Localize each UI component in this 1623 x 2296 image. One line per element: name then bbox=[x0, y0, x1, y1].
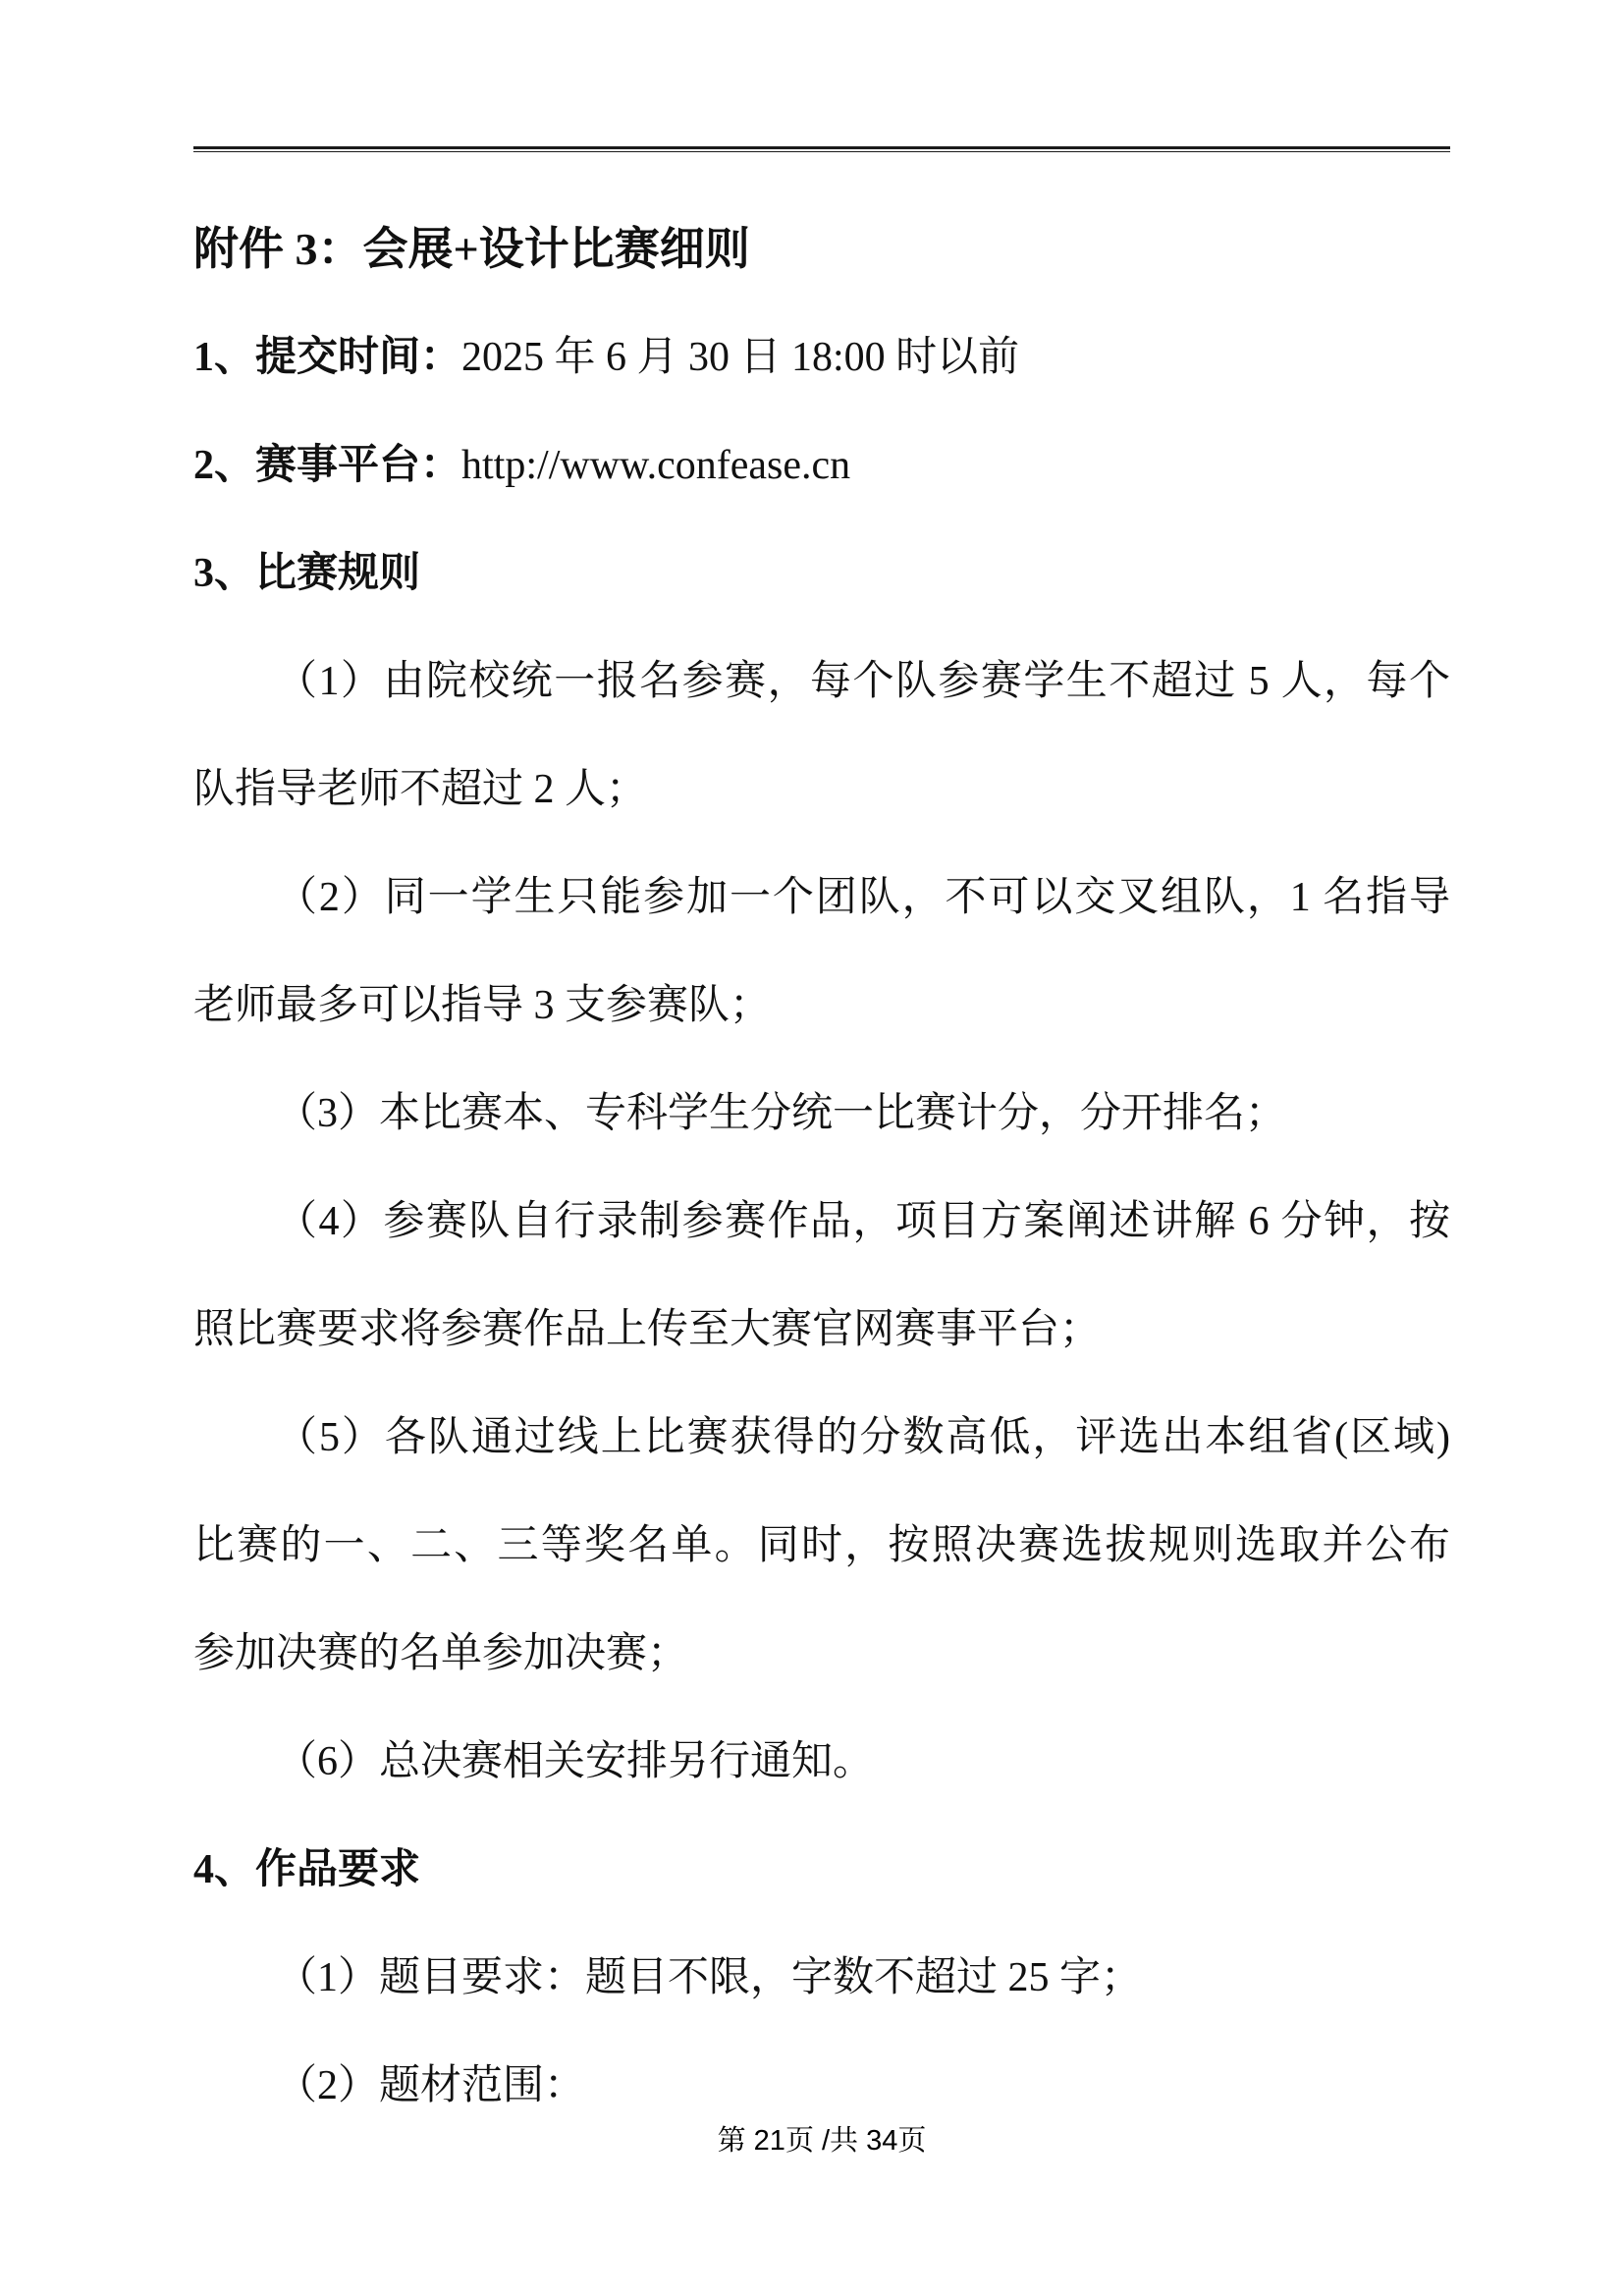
page-number: 第 21页 /共 34页 bbox=[718, 2125, 927, 2157]
work-req-1-line-1: （1）题目要求：题目不限，字数不超过 25 字； bbox=[193, 1924, 1450, 2032]
document-page: 附件 3：会展+设计比赛细则 1、提交时间：2025 年 6 月 30 日 18… bbox=[0, 0, 1623, 2296]
rule-5-line-1: （5）各队通过线上比赛获得的分数高低，评选出本组省(区域) bbox=[193, 1384, 1450, 1492]
rule-4-line-1: （4）参赛队自行录制参赛作品，项目方案阐述讲解 6 分钟，按 bbox=[193, 1168, 1450, 1276]
rule-2-line-1: （2）同一学生只能参加一个团队，不可以交叉组队，1 名指导 bbox=[193, 844, 1450, 952]
doc-title: 附件 3：会展+设计比赛细则 bbox=[193, 195, 1450, 303]
document-body: 附件 3：会展+设计比赛细则 1、提交时间：2025 年 6 月 30 日 18… bbox=[193, 195, 1450, 2140]
rule-5-line-2: 比赛的一、二、三等奖名单。同时，按照决赛选拔规则选取并公布 bbox=[193, 1492, 1450, 1600]
rule-5-line-3: 参加决赛的名单参加决赛； bbox=[193, 1600, 1450, 1708]
page-footer: 第 21页 /共 34页 bbox=[193, 2117, 1450, 2164]
submission-time-value: 2025 年 6 月 30 日 18:00 时以前 bbox=[461, 335, 1019, 380]
platform-label: 2、赛事平台： bbox=[193, 443, 461, 488]
heading-rules: 3、比赛规则 bbox=[193, 519, 1450, 628]
rule-2-line-2: 老师最多可以指导 3 支参赛队； bbox=[193, 952, 1450, 1060]
heading-submission-time: 1、提交时间：2025 年 6 月 30 日 18:00 时以前 bbox=[193, 303, 1450, 411]
submission-time-label: 1、提交时间： bbox=[193, 335, 461, 380]
rule-4-line-2: 照比赛要求将参赛作品上传至大赛官网赛事平台； bbox=[193, 1276, 1450, 1384]
heading-work-requirements: 4、作品要求 bbox=[193, 1816, 1450, 1924]
rule-1-line-1: （1）由院校统一报名参赛，每个队参赛学生不超过 5 人，每个 bbox=[193, 628, 1450, 736]
rule-6-line-1: （6）总决赛相关安排另行通知。 bbox=[193, 1708, 1450, 1816]
rule-3-line-1: （3）本比赛本、专科学生分统一比赛计分，分开排名； bbox=[193, 1060, 1450, 1168]
header-divider bbox=[193, 146, 1450, 152]
heading-platform: 2、赛事平台：http://www.confease.cn bbox=[193, 411, 1450, 519]
platform-url: http://www.confease.cn bbox=[461, 443, 850, 488]
rule-1-line-2: 队指导老师不超过 2 人； bbox=[193, 736, 1450, 844]
